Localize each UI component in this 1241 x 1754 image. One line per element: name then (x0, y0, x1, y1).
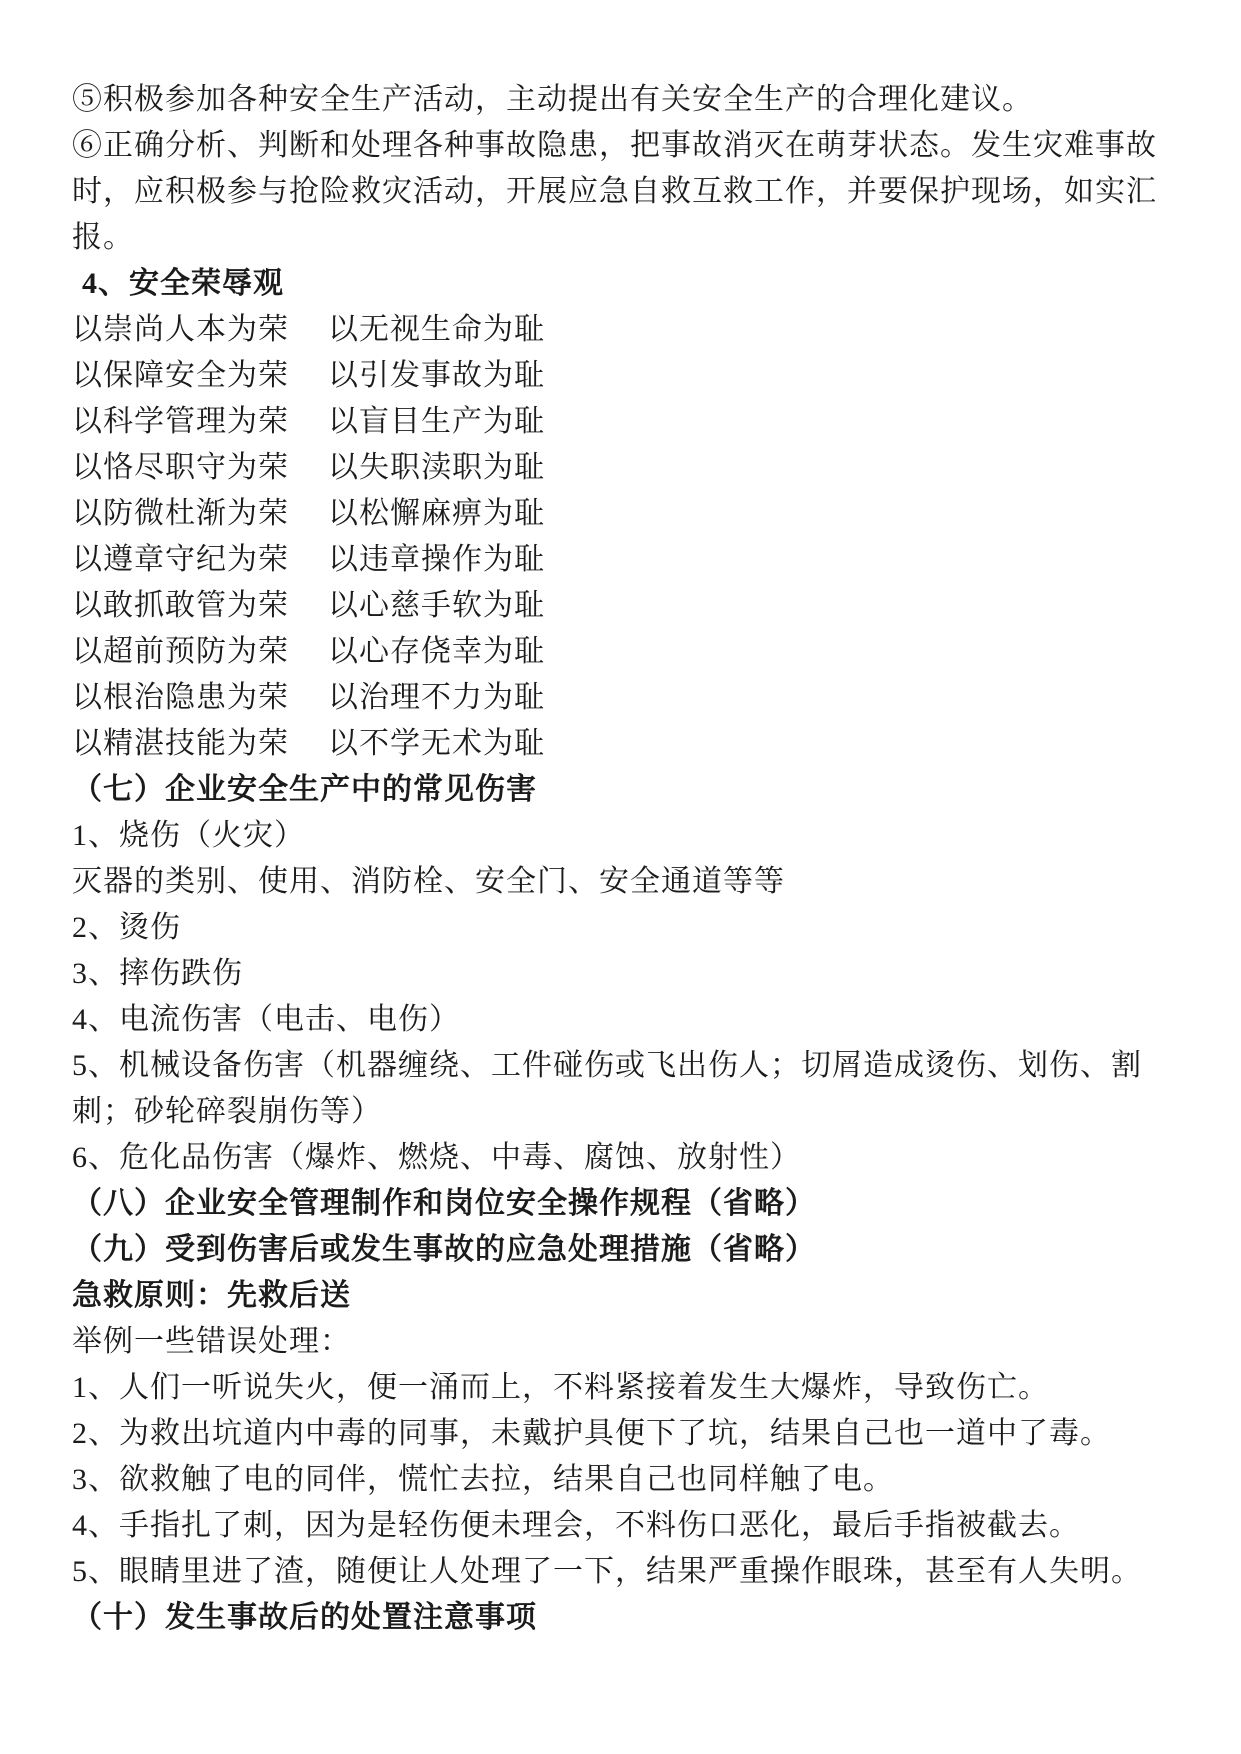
shame-text: 以盲目生产为耻 (328, 399, 545, 445)
document-body: ⑤积极参加各种安全生产活动，主动提出有关安全生产的合理化建议。⑥正确分析、判断和… (72, 77, 1182, 1641)
section-heading: （八）企业安全管理制作和岗位安全操作规程（省略） (72, 1181, 1182, 1227)
text-line: 举例一些错误处理： (72, 1319, 1182, 1365)
shame-text: 以无视生命为耻 (328, 307, 545, 353)
section-heading: 4、安全荣辱观 (72, 261, 1182, 307)
text-line: 刺；砂轮碎裂崩伤等） (72, 1089, 1182, 1135)
text-line: 4、手指扎了刺，因为是轻伤便未理会，不料伤口恶化，最后手指被截去。 (72, 1503, 1182, 1549)
honor-shame-row: 以保障安全为荣以引发事故为耻 (72, 353, 1182, 399)
text-line: ⑤积极参加各种安全生产活动，主动提出有关安全生产的合理化建议。 (72, 77, 1182, 123)
text-line: 时，应积极参与抢险救灾活动，开展应急自救互救工作，并要保护现场，如实汇 (72, 169, 1182, 215)
shame-text: 以心存侥幸为耻 (328, 629, 545, 675)
shame-text: 以失职渎职为耻 (328, 445, 545, 491)
text-line: 5、机械设备伤害（机器缠绕、工件碰伤或飞出伤人；切屑造成烫伤、划伤、割 (72, 1043, 1182, 1089)
shame-text: 以心慈手软为耻 (328, 583, 545, 629)
honor-shame-row: 以超前预防为荣以心存侥幸为耻 (72, 629, 1182, 675)
honor-shame-row: 以精湛技能为荣以不学无术为耻 (72, 721, 1182, 767)
honor-text: 以精湛技能为荣 (72, 721, 328, 767)
section-heading: （十）发生事故后的处置注意事项 (72, 1595, 1182, 1641)
shame-text: 以治理不力为耻 (328, 675, 545, 721)
text-line: 3、摔伤跌伤 (72, 951, 1182, 997)
honor-text: 以遵章守纪为荣 (72, 537, 328, 583)
document-page: ⑤积极参加各种安全生产活动，主动提出有关安全生产的合理化建议。⑥正确分析、判断和… (0, 0, 1241, 1754)
honor-text: 以崇尚人本为荣 (72, 307, 328, 353)
honor-shame-row: 以遵章守纪为荣以违章操作为耻 (72, 537, 1182, 583)
honor-text: 以敢抓敢管为荣 (72, 583, 328, 629)
honor-shame-row: 以敢抓敢管为荣以心慈手软为耻 (72, 583, 1182, 629)
text-line: 2、烫伤 (72, 905, 1182, 951)
text-line: 2、为救出坑道内中毒的同事，未戴护具便下了坑，结果自己也一道中了毒。 (72, 1411, 1182, 1457)
text-line: 1、烧伤（火灾） (72, 813, 1182, 859)
honor-shame-row: 以崇尚人本为荣以无视生命为耻 (72, 307, 1182, 353)
honor-text: 以科学管理为荣 (72, 399, 328, 445)
honor-shame-row: 以科学管理为荣以盲目生产为耻 (72, 399, 1182, 445)
honor-text: 以恪尽职守为荣 (72, 445, 328, 491)
text-line: 6、危化品伤害（爆炸、燃烧、中毒、腐蚀、放射性） (72, 1135, 1182, 1181)
shame-text: 以不学无术为耻 (328, 721, 545, 767)
text-line: 3、欲救触了电的同伴，慌忙去拉，结果自己也同样触了电。 (72, 1457, 1182, 1503)
section-heading: （九）受到伤害后或发生事故的应急处理措施（省略） (72, 1227, 1182, 1273)
text-line: ⑥正确分析、判断和处理各种事故隐患，把事故消灭在萌芽状态。发生灾难事故 (72, 123, 1182, 169)
honor-shame-row: 以防微杜渐为荣以松懈麻痹为耻 (72, 491, 1182, 537)
section-heading: （七）企业安全生产中的常见伤害 (72, 767, 1182, 813)
honor-text: 以根治隐患为荣 (72, 675, 328, 721)
section-heading: 急救原则：先救后送 (72, 1273, 1182, 1319)
honor-shame-row: 以恪尽职守为荣以失职渎职为耻 (72, 445, 1182, 491)
text-line: 灭器的类别、使用、消防栓、安全门、安全通道等等 (72, 859, 1182, 905)
honor-text: 以超前预防为荣 (72, 629, 328, 675)
text-line: 5、眼睛里进了渣，随便让人处理了一下，结果严重操作眼珠，甚至有人失明。 (72, 1549, 1182, 1595)
shame-text: 以违章操作为耻 (328, 537, 545, 583)
shame-text: 以松懈麻痹为耻 (328, 491, 545, 537)
shame-text: 以引发事故为耻 (328, 353, 545, 399)
honor-text: 以保障安全为荣 (72, 353, 328, 399)
honor-text: 以防微杜渐为荣 (72, 491, 328, 537)
honor-shame-row: 以根治隐患为荣以治理不力为耻 (72, 675, 1182, 721)
text-line: 报。 (72, 215, 1182, 261)
text-line: 1、人们一听说失火，便一涌而上，不料紧接着发生大爆炸，导致伤亡。 (72, 1365, 1182, 1411)
text-line: 4、电流伤害（电击、电伤） (72, 997, 1182, 1043)
